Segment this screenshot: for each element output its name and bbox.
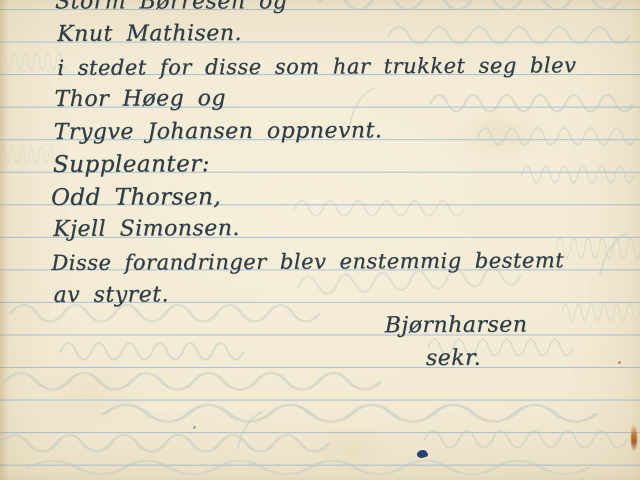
rust-stain xyxy=(631,424,637,452)
handwriting-line: Storm Børresen og xyxy=(55,0,287,17)
handwriting-line: i stedet for disse som har trukket seg b… xyxy=(57,50,576,83)
handwriting-line: Odd Thorsen, xyxy=(51,182,221,213)
handwriting-line: Trygve Johansen oppnevnt. xyxy=(54,116,383,148)
handwriting-line: Knut Mathisen. xyxy=(57,19,242,50)
signature-name: Bjørnharsen xyxy=(385,310,528,341)
notebook-page: Storm Børresen og Knut Mathisen. i stede… xyxy=(0,0,640,480)
handwriting-line: Suppleanter: xyxy=(53,149,210,180)
ink-speck xyxy=(193,426,196,429)
handwriting-line: Kjell Simonsen. xyxy=(53,214,240,245)
handwriting-line: Disse forandringer blev enstemmig bestem… xyxy=(51,245,564,278)
handwriting-line: av styret. xyxy=(53,280,169,311)
handwriting-line: Thor Høeg og xyxy=(54,84,226,115)
paper-speck xyxy=(618,361,621,364)
signature-role: sekr. xyxy=(426,344,481,374)
handwriting-block: Storm Børresen og Knut Mathisen. i stede… xyxy=(0,0,640,480)
